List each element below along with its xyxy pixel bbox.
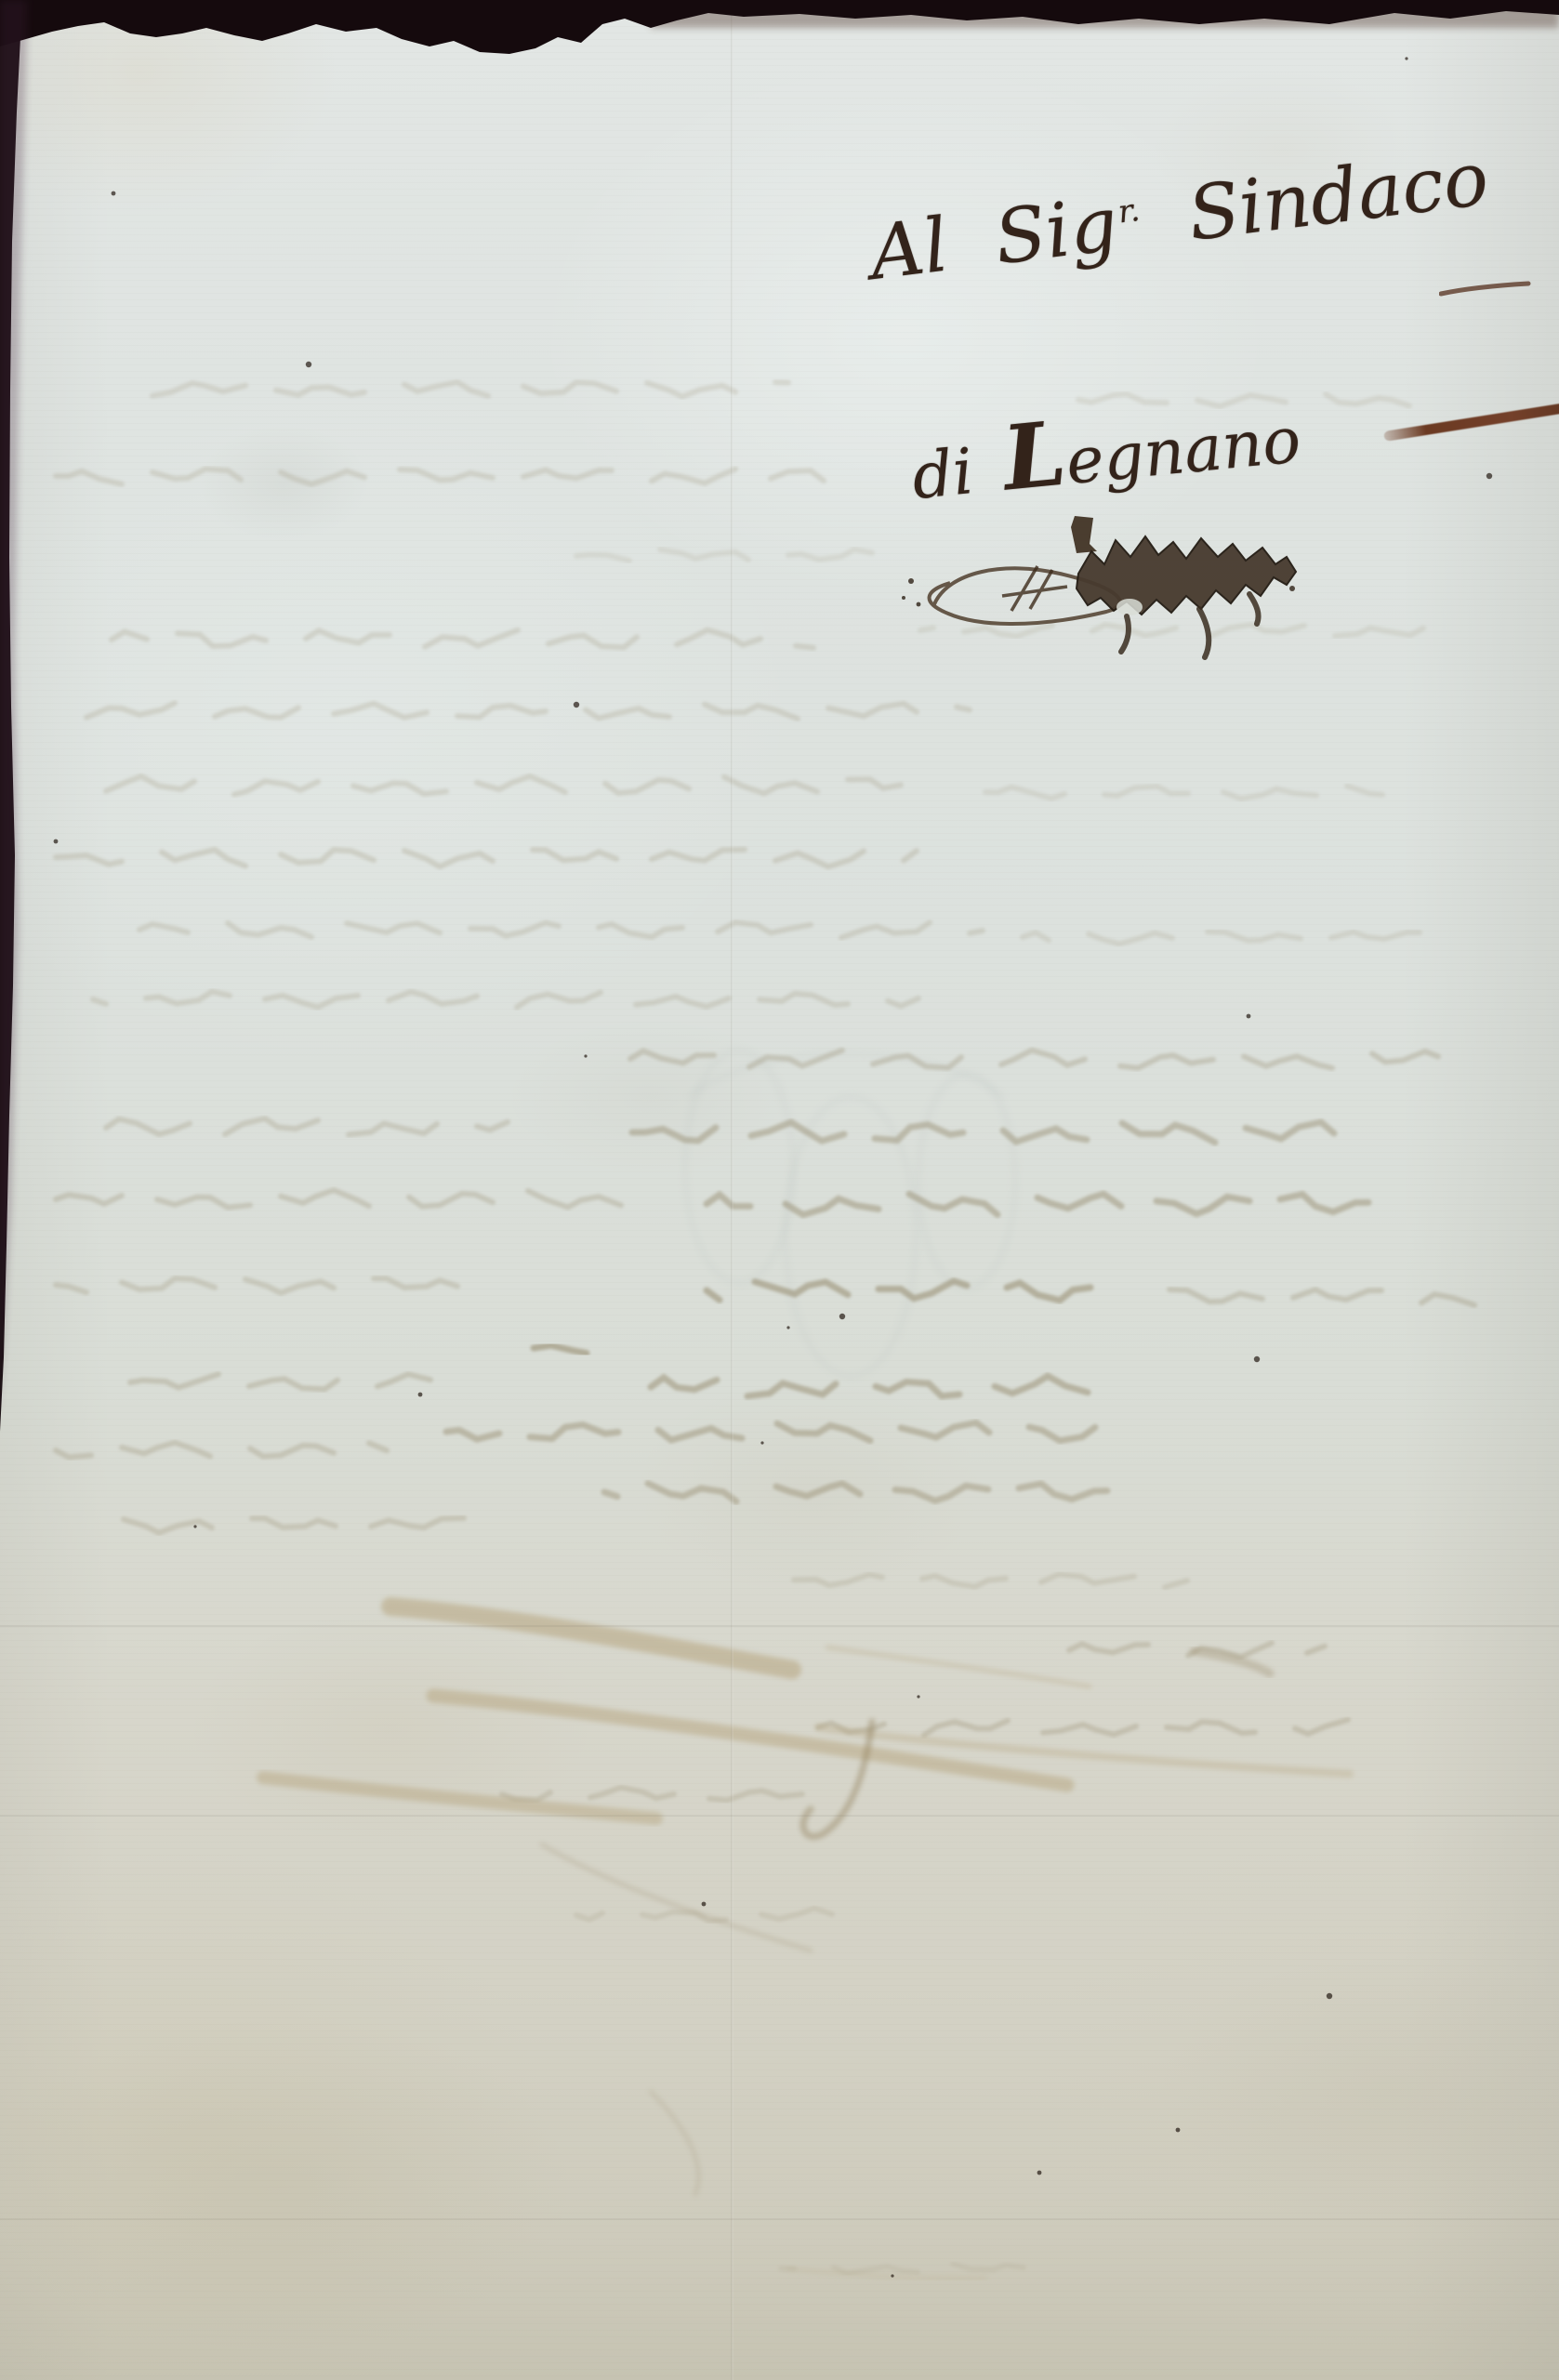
smear-stroke bbox=[803, 1722, 872, 1836]
legnano-l-tail bbox=[1071, 516, 1097, 553]
bleed-line bbox=[1023, 932, 1437, 944]
ink-speck bbox=[1254, 1356, 1260, 1362]
blot-mass bbox=[1077, 536, 1296, 615]
smear-stroke bbox=[542, 1844, 811, 1950]
vertical-fold-crease bbox=[731, 0, 733, 2380]
bleed-line bbox=[130, 1374, 430, 1389]
ink-speck bbox=[839, 1314, 845, 1319]
smear-stroke bbox=[651, 2092, 698, 2194]
watermark-arc bbox=[688, 1054, 1004, 1098]
bleed-line bbox=[576, 1909, 832, 1922]
bleed-line bbox=[106, 776, 901, 794]
bleed-line bbox=[124, 1518, 477, 1533]
bleed-line bbox=[139, 922, 983, 938]
sig-superscript: r. bbox=[1116, 192, 1142, 231]
blot-dots bbox=[902, 578, 1295, 606]
ink-speck bbox=[1176, 2128, 1181, 2133]
scribble-loop bbox=[930, 568, 1120, 624]
sig-text: Sig bbox=[990, 180, 1122, 281]
flourish-dash bbox=[1383, 395, 1559, 442]
ink-speck bbox=[891, 2274, 893, 2277]
ink-speck bbox=[54, 840, 59, 844]
photo-backdrop: AlSigr.Sindaco diLegnano bbox=[0, 0, 1559, 2380]
sindaco-flourish-stroke bbox=[1439, 279, 1532, 301]
bleed-line bbox=[56, 469, 824, 484]
laid-paper-texture bbox=[0, 0, 1559, 2380]
ink-speck bbox=[702, 1902, 707, 1907]
blot-descenders bbox=[1121, 594, 1259, 657]
word-di: di bbox=[909, 435, 977, 514]
ink-speck bbox=[584, 1054, 587, 1057]
paper-stains bbox=[0, 0, 1559, 2380]
smear-stroke bbox=[263, 1778, 656, 1818]
addressee-line: AlSigr.Sindaco bbox=[865, 135, 1493, 297]
bleed-line bbox=[56, 1443, 387, 1458]
ink-speck bbox=[786, 1326, 789, 1329]
ink-smear-strokes bbox=[263, 1606, 1350, 2279]
word-al: Al bbox=[865, 202, 953, 297]
ink-speck bbox=[306, 362, 311, 367]
bleed-line bbox=[106, 1118, 508, 1134]
bleed-line bbox=[781, 2264, 1024, 2273]
watermark-loop bbox=[786, 1097, 916, 1376]
smear-stroke bbox=[827, 1647, 1090, 1686]
watermark-loop bbox=[918, 1074, 1015, 1288]
horizontal-crease-2 bbox=[0, 1815, 1559, 1817]
bleed-line bbox=[56, 1190, 634, 1208]
ink-speck bbox=[112, 192, 116, 196]
bleed-line bbox=[446, 1422, 1095, 1440]
bleed-line bbox=[576, 549, 907, 561]
scribble-a-strokes bbox=[1002, 566, 1067, 611]
place-line: diLegnano bbox=[906, 350, 1559, 520]
ink-speck bbox=[1327, 1993, 1332, 1999]
mirrored-bleed-lines bbox=[56, 382, 1474, 2273]
bleed-line bbox=[920, 624, 1441, 636]
ink-speck bbox=[917, 1695, 919, 1698]
struck-out-word-blot bbox=[892, 516, 1320, 669]
watermark-outline bbox=[685, 1051, 1015, 1376]
horizontal-crease-3 bbox=[0, 2218, 1559, 2220]
bleed-line bbox=[651, 1376, 1118, 1396]
ink-speck bbox=[1405, 57, 1407, 59]
word-legnano: Legnano bbox=[998, 379, 1304, 510]
bleed-line bbox=[707, 1194, 1408, 1215]
bleed-line bbox=[604, 1484, 1107, 1501]
bleed-line bbox=[86, 703, 970, 719]
bleed-line bbox=[152, 382, 788, 397]
bleed-line bbox=[707, 1281, 1090, 1301]
ink-speck bbox=[193, 1525, 196, 1527]
bleed-line bbox=[1069, 1643, 1325, 1657]
blot-gap bbox=[1116, 599, 1143, 615]
bleed-line bbox=[630, 1051, 1438, 1068]
ink-speck bbox=[1486, 473, 1492, 479]
bleed-line bbox=[502, 1788, 833, 1801]
smear-stroke bbox=[818, 1727, 1350, 1774]
bleed-line bbox=[112, 630, 813, 648]
smear-stroke bbox=[1194, 1651, 1270, 1673]
bleed-line bbox=[818, 1720, 1348, 1736]
ink-speck bbox=[574, 702, 579, 707]
horizontal-crease-1 bbox=[0, 1625, 1559, 1627]
word-sig: Sigr. bbox=[990, 178, 1146, 282]
ink-speck bbox=[418, 1393, 423, 1397]
ink-speck bbox=[760, 1441, 763, 1444]
smear-stroke bbox=[390, 1606, 792, 1670]
smear-stroke bbox=[433, 1696, 1067, 1785]
manuscript-page: AlSigr.Sindaco diLegnano bbox=[0, 0, 1559, 2380]
bleed-line bbox=[794, 1574, 1187, 1587]
ink-speck bbox=[1247, 1014, 1251, 1019]
bleed-line bbox=[56, 850, 917, 867]
bleed-line bbox=[632, 1122, 1374, 1143]
bleed-line bbox=[56, 1278, 480, 1293]
bleed-line bbox=[534, 1345, 587, 1353]
bleedthrough-marks bbox=[0, 0, 1559, 2380]
ink-speck bbox=[1037, 2171, 1042, 2175]
bleed-line bbox=[93, 992, 918, 1008]
word-sindaco: Sindaco bbox=[1183, 135, 1493, 258]
smear-stroke bbox=[788, 2268, 985, 2279]
bleed-line bbox=[985, 786, 1382, 799]
bleed-line bbox=[1169, 1289, 1474, 1305]
watermark-loop bbox=[685, 1051, 793, 1283]
